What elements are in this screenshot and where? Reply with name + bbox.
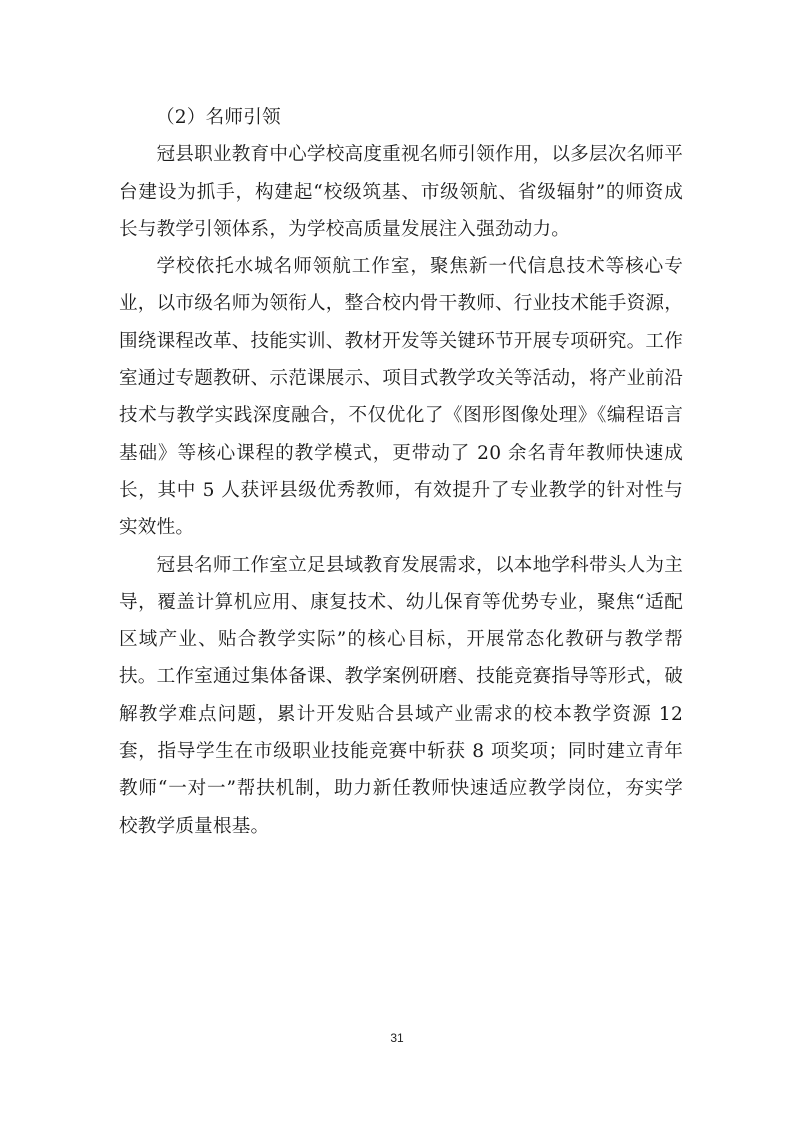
paragraph-intro: 冠县职业教育中心学校高度重视名师引领作用，以多层次名师平台建设为抓手，构建起“校… [119,136,683,248]
paragraph-guanxian-studio: 冠县名师工作室立足县域教育发展需求，以本地学科带头人为主导，覆盖计算机应用、康复… [119,547,683,845]
section-heading: （2）名师引领 [119,99,683,136]
document-page: （2）名师引领 冠县职业教育中心学校高度重视名师引领作用，以多层次名师平台建设为… [0,0,794,1123]
paragraph-shuicheng-studio: 学校依托水城名师领航工作室，聚焦新一代信息技术等核心专业，以市级名师为领衔人，整… [119,248,683,546]
page-body: （2）名师引领 冠县职业教育中心学校高度重视名师引领作用，以多层次名师平台建设为… [119,99,683,845]
page-number: 31 [0,1031,794,1045]
